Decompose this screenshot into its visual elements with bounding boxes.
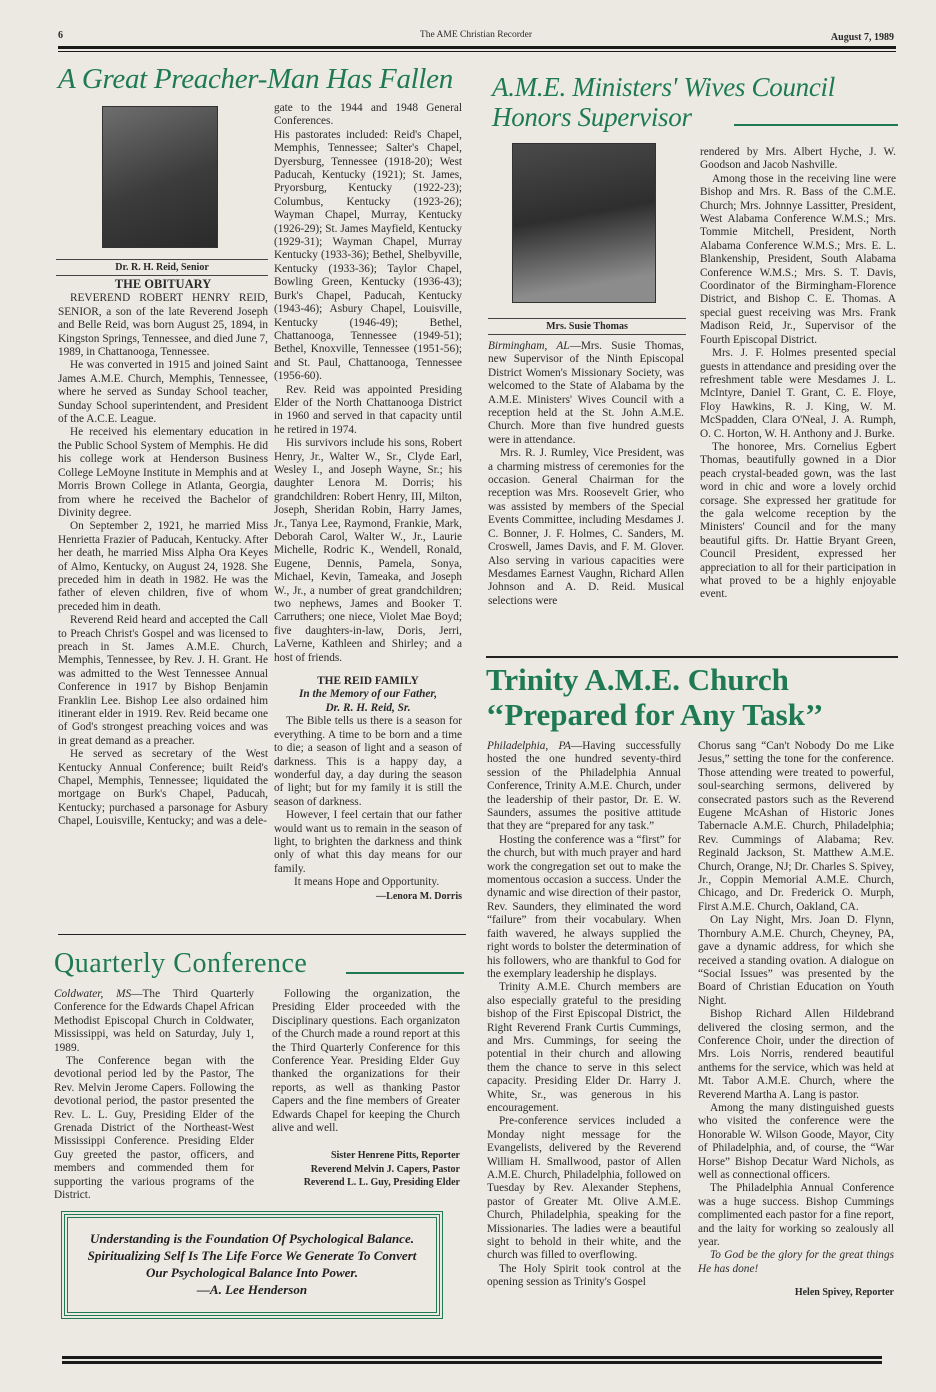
paragraph: His survivors include his sons, Robert H… (274, 437, 462, 665)
photo-dr-reid (102, 106, 218, 248)
quarterly-column-2: Following the organization, the Presidin… (272, 988, 460, 1190)
photo-susie-thomas (512, 143, 656, 303)
paragraph: —Mrs. Susie Thomas, new Supervisor of th… (488, 340, 684, 446)
headline-rule (734, 124, 898, 126)
dateline: Philadelphia, PA (487, 740, 571, 752)
photo-caption-thomas: Mrs. Susie Thomas (488, 318, 686, 335)
article-headline-trinity: Trinity A.M.E. Church ‘‘Prepared for Any… (486, 662, 906, 732)
section-divider (486, 656, 898, 658)
article-headline-quarterly: Quarterly Conference (54, 948, 307, 980)
paragraph: On September 2, 1921, he married Miss He… (58, 520, 268, 614)
quote-attribution: —A. Lee Henderson (76, 1281, 428, 1298)
signature: Reverend L. L. Guy, Presiding Elder (272, 1176, 460, 1189)
paragraph: However, I feel certain that our father … (274, 809, 462, 876)
headline-line: Honors Supervisor (492, 102, 902, 132)
signature-lenora-dorris: —Lenora M. Dorris (274, 890, 462, 903)
paragraph: gate to the 1944 and 1948 General Confer… (274, 102, 462, 129)
reid-family-subtitle: In the Memory of our Father, (274, 688, 462, 701)
paragraph: Rev. Reid was appointed Presiding Elder … (274, 384, 462, 438)
paragraph: Trinity A.M.E. Church members are also e… (487, 981, 681, 1115)
quote-text: Understanding is the Foundation Of Psych… (76, 1230, 428, 1281)
reid-family-subtitle: Dr. R. H. Reid, Sr. (274, 702, 462, 715)
signature-helen-spivey: Helen Spivey, Reporter (698, 1286, 894, 1299)
paragraph: The Holy Spirit took control at the open… (487, 1263, 681, 1290)
issue-date: August 7, 1989 (831, 32, 894, 43)
running-header: 6 The AME Christian Recorder August 7, 1… (58, 30, 894, 44)
section-divider (58, 934, 466, 935)
headline-line: A.M.E. Ministers' Wives Council (492, 72, 902, 102)
obituary-title: THE OBITUARY (58, 278, 268, 291)
paragraph: The Conference began with the devotional… (54, 1055, 254, 1202)
dateline: Birmingham, AL (488, 340, 570, 352)
headline-line: Trinity A.M.E. Church (486, 662, 906, 697)
signature: Reverend Melvin J. Capers, Pastor (272, 1163, 460, 1176)
signature: Sister Henrene Pitts, Reporter (272, 1149, 460, 1162)
paragraph: It means Hope and Opportunity. (274, 876, 462, 889)
paragraph: He was converted in 1915 and joined Sain… (58, 359, 268, 426)
quarterly-column-1: Coldwater, MS—The Third Quarterly Confer… (54, 988, 254, 1203)
footer-rule (62, 1356, 882, 1364)
dateline: Coldwater, MS (54, 988, 131, 1000)
paragraph: Among those in the receiving line were B… (700, 173, 896, 347)
closing-line: To God be the glory for the great things… (698, 1249, 894, 1276)
paragraph: He served as secretary of the West Kentu… (58, 748, 268, 828)
trinity-column-2: Chorus sang “Can't Nobody Do me Like Jes… (698, 740, 894, 1300)
paragraph: He received his elementary education in … (58, 426, 268, 520)
paragraph: Pre-conference services included a Monda… (487, 1115, 681, 1262)
paragraph: —Having successfully hosted the one hund… (487, 740, 681, 832)
paragraph: Bishop Richard Allen Hildebrand delivere… (698, 1008, 894, 1102)
headline-line: ‘‘Prepared for Any Task’’ (486, 697, 906, 732)
paragraph: Reverend Reid heard and accepted the Cal… (58, 614, 268, 748)
publication-name: The AME Christian Recorder (58, 30, 894, 40)
quote-box: Understanding is the Foundation Of Psych… (64, 1214, 440, 1316)
photo-caption-reid: Dr. R. H. Reid, Senior (56, 259, 268, 276)
paragraph: Mrs. J. F. Holmes presented special gues… (700, 347, 896, 441)
paragraph: REVEREND ROBERT HENRY REID, SENIOR, a so… (58, 292, 268, 359)
paragraph: Chorus sang “Can't Nobody Do me Like Jes… (698, 740, 894, 914)
paragraph: The Bible tells us there is a season for… (274, 715, 462, 809)
article-headline-preacher: A Great Preacher-Man Has Fallen (58, 62, 478, 96)
paragraph: Mrs. R. J. Rumley, Vice President, was a… (488, 447, 684, 608)
paragraph: The Philadelphia Annual Conference was a… (698, 1182, 894, 1249)
header-rule (58, 46, 896, 52)
reid-family-title: THE REID FAMILY (274, 675, 462, 688)
paragraph: Following the organization, the Presidin… (272, 988, 460, 1135)
headline-rule (346, 972, 464, 974)
paragraph: On Lay Night, Mrs. Joan D. Flynn, Thornb… (698, 914, 894, 1008)
wives-council-column-1: Birmingham, AL—Mrs. Susie Thomas, new Su… (488, 340, 684, 608)
obituary-column-1: THE OBITUARY REVEREND ROBERT HENRY REID,… (58, 278, 268, 829)
obituary-column-2: gate to the 1944 and 1948 General Confer… (274, 102, 462, 903)
wives-council-column-2: rendered by Mrs. Albert Hyche, J. W. Goo… (700, 146, 896, 602)
trinity-column-1: Philadelphia, PA—Having successfully hos… (487, 740, 681, 1290)
article-headline-wives-council: A.M.E. Ministers' Wives Council Honors S… (492, 72, 902, 132)
paragraph: Among the many distinguished guests who … (698, 1102, 894, 1182)
paragraph: rendered by Mrs. Albert Hyche, J. W. Goo… (700, 146, 896, 173)
paragraph: The honoree, Mrs. Cornelius Egbert Thoma… (700, 441, 896, 602)
paragraph: His pastorates included: Reid's Chapel, … (274, 129, 462, 384)
paragraph: Hosting the conference was a “first” for… (487, 834, 681, 981)
